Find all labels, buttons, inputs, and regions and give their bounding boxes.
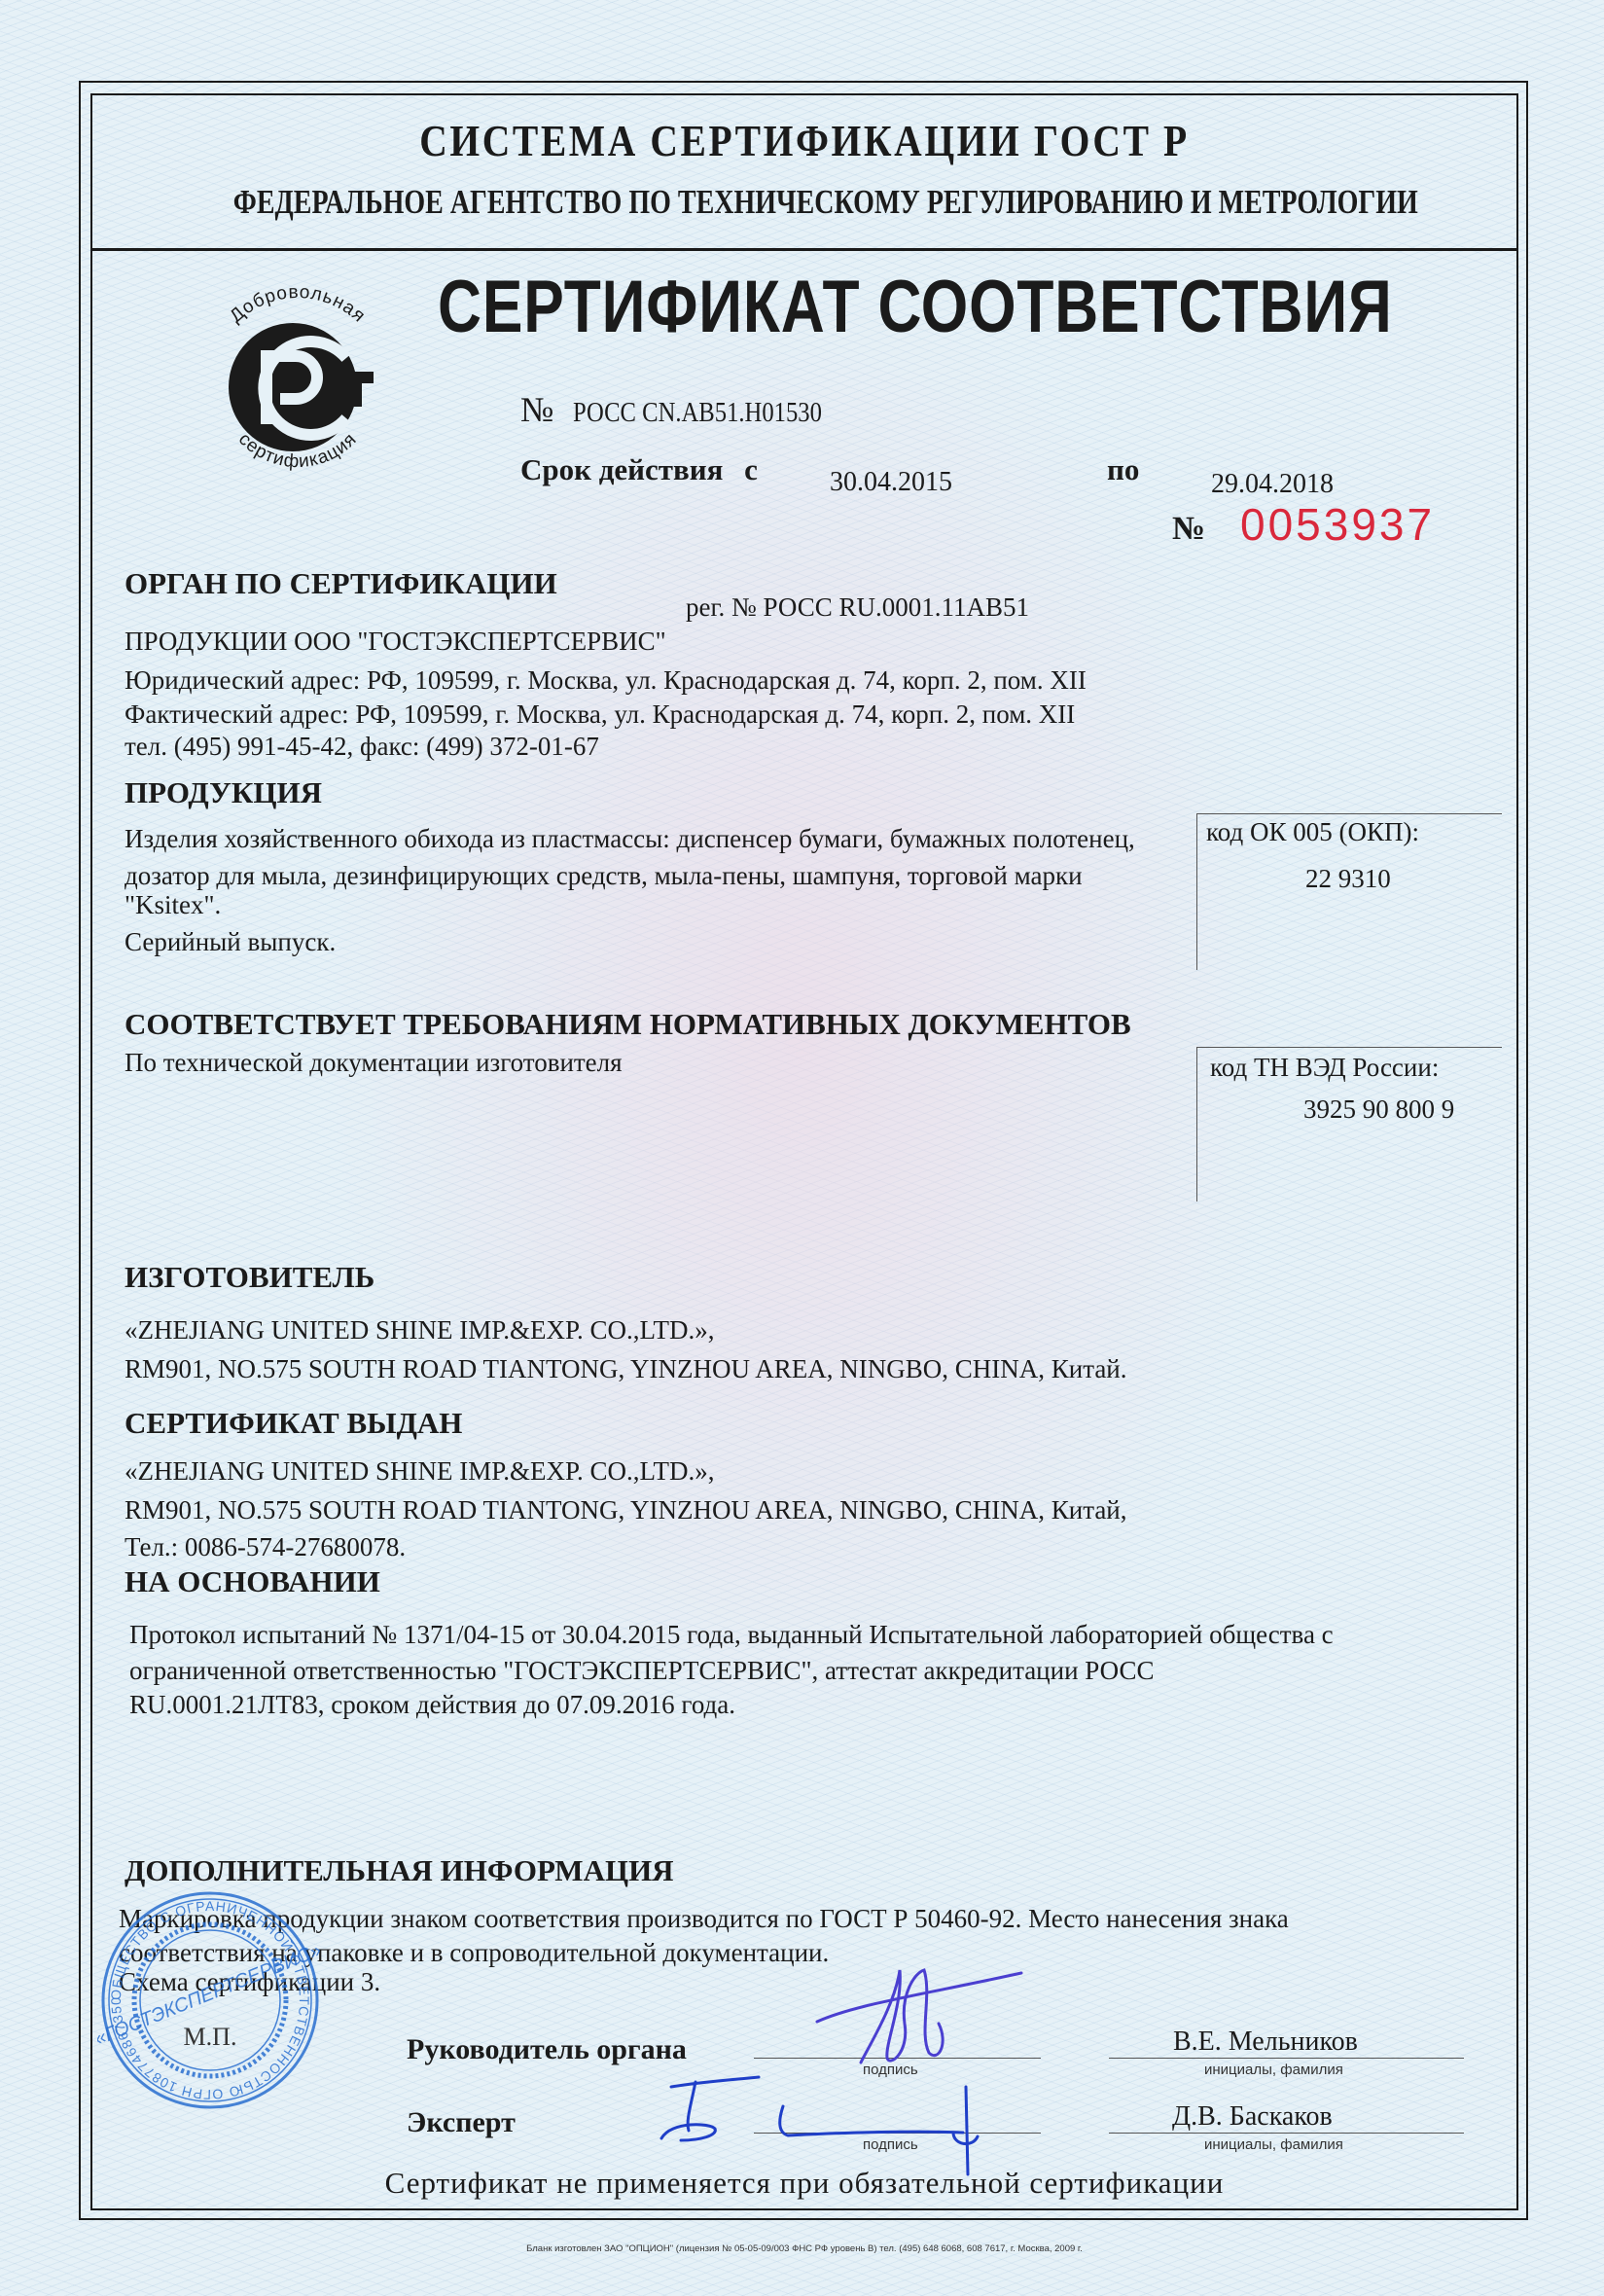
conformity-heading: СООТВЕТСТВУЕТ ТРЕБОВАНИЯМ НОРМАТИВНЫХ ДО… (125, 1007, 1131, 1042)
issued-to-address: RM901, NO.575 SOUTH ROAD TIANTONG, YINZH… (125, 1493, 1127, 1526)
footer-note: Сертификат не применяется при обязательн… (90, 2166, 1518, 2201)
issued-to-heading: СЕРТИФИКАТ ВЫДАН (125, 1406, 462, 1441)
product-line: Серийный выпуск. (125, 925, 336, 958)
header-rule (90, 248, 1518, 251)
additional-info-heading: ДОПОЛНИТЕЛЬНАЯ ИНФОРМАЦИЯ (125, 1853, 674, 1888)
signature-caption: подпись (863, 2062, 918, 2078)
name-caption: инициалы, фамилия (1204, 2136, 1343, 2153)
tnved-code-value: 3925 90 800 9 (1303, 1094, 1454, 1125)
valid-from-date: 30.04.2015 (830, 467, 952, 498)
name-caption: инициалы, фамилия (1204, 2062, 1343, 2078)
head-name-line (1109, 2058, 1464, 2059)
basis-line: Протокол испытаний № 1371/04-15 от 30.04… (129, 1618, 1334, 1651)
expert-label: Эксперт (407, 2106, 516, 2139)
manufacturer-heading: ИЗГОТОВИТЕЛЬ (125, 1260, 374, 1295)
okp-code-label: код ОК 005 (ОКП): (1206, 817, 1419, 847)
contacts: тел. (495) 991-45-42, факс: (499) 372-01… (125, 730, 599, 763)
company-seal-icon: ОБЩЕСТВО С ОГРАНИЧЕННОЙ ОТВЕТСТВЕННОСТЬЮ… (97, 1887, 323, 2113)
head-of-body-name: В.Е. Мельников (1173, 2027, 1358, 2058)
to-label: по (1107, 452, 1139, 487)
main-title: СЕРТИФИКАТ СООТВЕТСТВИЯ (438, 265, 1393, 349)
legal-address: Юридический адрес: РФ, 109599, г. Москва… (125, 664, 1087, 697)
number-sign: № (520, 390, 553, 429)
basis-line: RU.0001.21ЛТ83, сроком действия до 07.09… (129, 1688, 735, 1721)
certification-body-heading: ОРГАН ПО СЕРТИФИКАЦИИ (125, 566, 557, 601)
certification-body-name: ПРОДУКЦИИ ООО "ГОСТЭКСПЕРТСЕРВИС" (125, 625, 666, 658)
valid-to-date: 29.04.2018 (1211, 469, 1334, 500)
system-title: СИСТЕМА СЕРТИФИКАЦИИ ГОСТ Р (191, 115, 1418, 166)
product-line: "Ksitex". (125, 888, 221, 921)
expert-name: Д.В. Баскаков (1172, 2101, 1333, 2133)
basis-heading: НА ОСНОВАНИИ (125, 1564, 380, 1599)
product-heading: ПРОДУКЦИЯ (125, 775, 322, 810)
basis-line: ограниченной ответственностью "ГОСТЭКСПЕ… (129, 1654, 1154, 1687)
manufacturer-address: RM901, NO.575 SOUTH ROAD TIANTONG, YINZH… (125, 1352, 1127, 1385)
head-of-body-label: Руководитель органа (407, 2033, 687, 2066)
validity-text: Срок действия (520, 452, 723, 486)
head-signature-line (754, 2058, 1041, 2059)
signature-caption: подпись (863, 2136, 918, 2153)
svg-text:Добровольная: Добровольная (226, 288, 369, 327)
certificate-number-value: РОСС CN.АВ51.Н01530 (573, 398, 822, 429)
manufacturer-name: «ZHEJIANG UNITED SHINE IMP.&EXP. CO.,LTD… (125, 1313, 715, 1346)
agency-title: ФЕДЕРАЛЬНОЕ АГЕНТСТВО ПО ТЕХНИЧЕСКОМУ РЕ… (233, 183, 1375, 222)
serial-number: 0053937 (1240, 498, 1435, 551)
from-label: с (744, 452, 758, 486)
issued-to-phone: Тел.: 0086-574-27680078. (125, 1530, 406, 1563)
serial-number-sign: № (1172, 511, 1205, 548)
certificate-number: № РОСС CN.АВ51.Н01530 (520, 389, 856, 430)
actual-address: Фактический адрес: РФ, 109599, г. Москва… (125, 698, 1075, 731)
svg-text:М.П.: М.П. (184, 2023, 237, 2051)
rst-logo-icon: Добровольная сертификация (191, 288, 405, 473)
product-line: дозатор для мыла, дезинфицирующих средст… (125, 859, 1083, 892)
okp-code-value: 22 9310 (1305, 864, 1391, 894)
issued-to-name: «ZHEJIANG UNITED SHINE IMP.&EXP. CO.,LTD… (125, 1454, 715, 1488)
blank-info: Бланк изготовлен ЗАО "ОПЦИОН" (лицензия … (90, 2243, 1518, 2254)
expert-signature-line (754, 2133, 1041, 2134)
product-line: Изделия хозяйственного обихода из пластм… (125, 822, 1135, 855)
conformity-text: По технической документации изготовителя (125, 1046, 623, 1079)
validity-label: Срок действия с (520, 452, 758, 487)
certification-body-reg-number: рег. № РОСС RU.0001.11АВ51 (686, 591, 1029, 624)
tnved-code-label: код ТН ВЭД России: (1210, 1053, 1439, 1083)
expert-name-line (1109, 2133, 1464, 2134)
